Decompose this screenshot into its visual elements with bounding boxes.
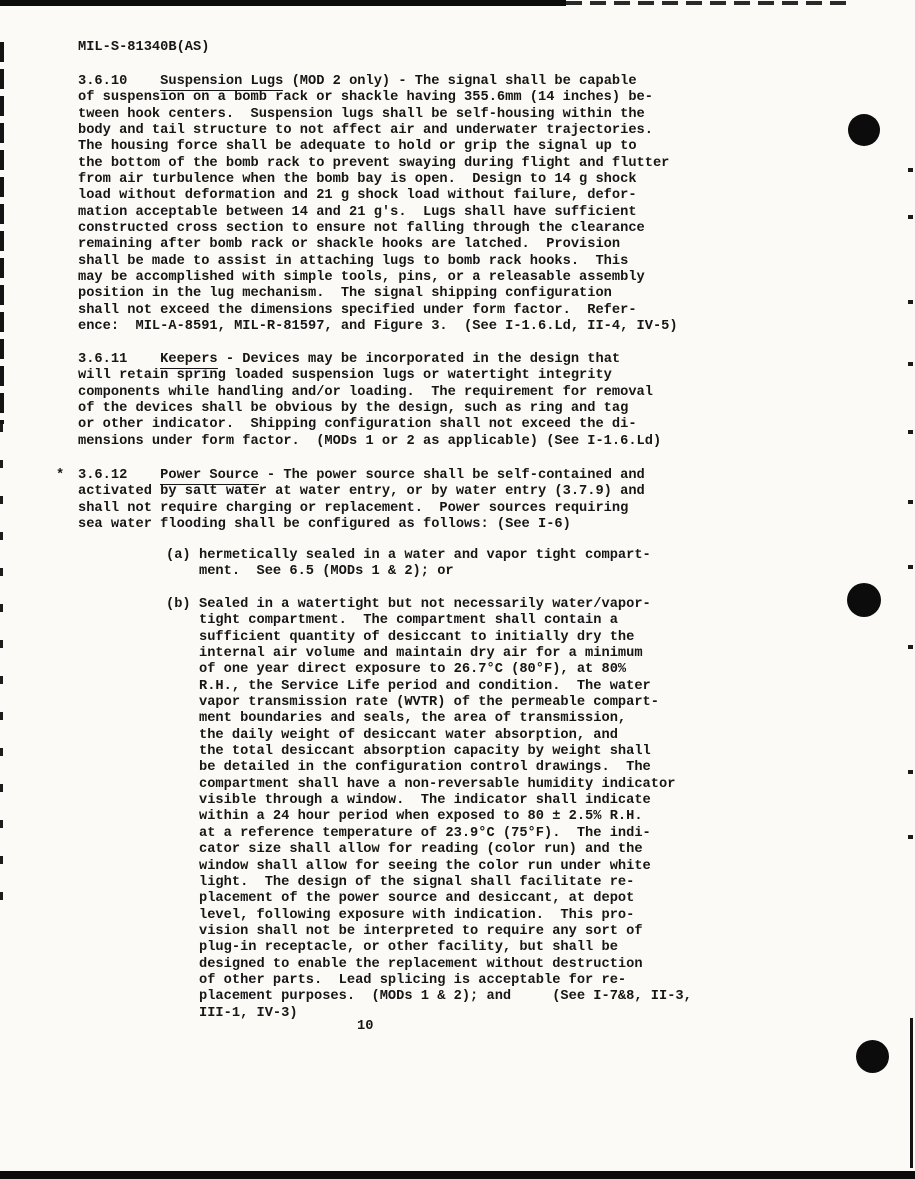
text-line: of other parts. Lead splicing is accepta…	[199, 973, 692, 989]
list-item-a: (a) hermetically sealed in a water and v…	[0, 548, 651, 581]
text-line: III-1, IV-3)	[199, 1006, 692, 1022]
text-line: cator size shall allow for reading (colo…	[199, 842, 692, 858]
scan-mark	[908, 168, 913, 172]
text-line: remaining after bomb rack or shackle hoo…	[78, 237, 678, 253]
text-line: light. The design of the signal shall fa…	[199, 875, 692, 891]
text-line: hermetically sealed in a water and vapor…	[199, 548, 651, 564]
text-line: the bottom of the bomb rack to prevent s…	[78, 156, 678, 172]
scan-mark	[908, 565, 913, 569]
scan-mark	[908, 362, 913, 366]
section-3-6-12: 3.6.12 Power Source - The power source s…	[78, 468, 645, 533]
text-line: internal air volume and maintain dry air…	[199, 646, 692, 662]
text-line: R.H., the Service Life period and condit…	[199, 679, 692, 695]
section-first-line-rest: - The power source shall be self-contain…	[259, 468, 645, 483]
text-line: plug-in receptacle, or other facility, b…	[199, 940, 692, 956]
page-number: 10	[357, 1019, 373, 1035]
section-heading: Keepers	[160, 352, 218, 369]
scan-mark	[908, 430, 913, 434]
scan-mark	[908, 645, 913, 649]
text-line: the daily weight of desiccant water abso…	[199, 728, 692, 744]
punch-hole-dot	[856, 1040, 889, 1073]
text-line: shall be made to assist in attaching lug…	[78, 254, 678, 270]
section-first-line-rest: (MOD 2 only) - The signal shall be capab…	[283, 74, 636, 89]
scan-edge-top	[0, 0, 566, 6]
section-number: 3.6.12	[78, 468, 160, 483]
section-3-6-11: 3.6.11 Keepers - Devices may be incorpor…	[78, 352, 661, 450]
text-line: placement of the power source and desicc…	[199, 891, 692, 907]
scan-edge-left-upper	[0, 42, 4, 424]
text-line: the total desiccant absorption capacity …	[199, 744, 692, 760]
list-item-body: Sealed in a watertight but not necessari…	[199, 597, 692, 1022]
list-item-b: (b) Sealed in a watertight but not neces…	[0, 597, 692, 1022]
section-body: of suspension on a bomb rack or shackle …	[78, 90, 678, 335]
scan-mark	[908, 300, 913, 304]
list-item-body: hermetically sealed in a water and vapor…	[199, 548, 651, 581]
text-line: shall not require charging or replacemen…	[78, 501, 645, 517]
scan-edge-bottom	[0, 1171, 915, 1179]
section-first-line: 3.6.12 Power Source - The power source s…	[78, 468, 645, 484]
scanned-document-page: MIL-S-81340B(AS) 3.6.10 Suspension Lugs …	[0, 0, 915, 1179]
text-line: ment. See 6.5 (MODs 1 & 2); or	[199, 564, 651, 580]
punch-hole-dot	[847, 583, 881, 617]
text-line: within a 24 hour period when exposed to …	[199, 809, 692, 825]
text-line: of one year direct exposure to 26.7°C (8…	[199, 662, 692, 678]
text-line: at a reference temperature of 23.9°C (75…	[199, 826, 692, 842]
section-body: will retain spring loaded suspension lug…	[78, 368, 661, 450]
text-line: compartment shall have a non-reversable …	[199, 777, 692, 793]
text-line: tight compartment. The compartment shall…	[199, 613, 692, 629]
text-line: of suspension on a bomb rack or shackle …	[78, 90, 678, 106]
document-id-header: MIL-S-81340B(AS)	[78, 40, 209, 56]
text-line: load without deformation and 21 g shock …	[78, 188, 678, 204]
scan-edge-right-line	[910, 1018, 913, 1168]
text-line: will retain spring loaded suspension lug…	[78, 368, 661, 384]
section-body: activated by salt water at water entry, …	[78, 484, 645, 533]
scan-mark	[908, 835, 913, 839]
text-line: ence: MIL-A-8591, MIL-R-81597, and Figur…	[78, 319, 678, 335]
scan-mark	[908, 215, 913, 219]
text-line: ment boundaries and seals, the area of t…	[199, 711, 692, 727]
text-line: placement purposes. (MODs 1 & 2); and (S…	[199, 989, 692, 1005]
text-line: position in the lug mechanism. The signa…	[78, 286, 678, 302]
scan-mark	[908, 500, 913, 504]
text-line: activated by salt water at water entry, …	[78, 484, 645, 500]
section-heading: Power Source	[160, 468, 259, 485]
change-asterisk-margin-note: *	[56, 468, 76, 484]
text-line: or other indicator. Shipping configurati…	[78, 417, 661, 433]
text-line: level, following exposure with indicatio…	[199, 908, 692, 924]
list-item-marker: (a)	[166, 548, 191, 564]
section-3-6-10: 3.6.10 Suspension Lugs (MOD 2 only) - Th…	[78, 74, 678, 336]
text-line: sufficient quantity of desiccant to init…	[199, 630, 692, 646]
text-line: window shall allow for seeing the color …	[199, 859, 692, 875]
section-number: 3.6.10	[78, 74, 160, 89]
text-line: mensions under form factor. (MODs 1 or 2…	[78, 434, 661, 450]
text-line: from air turbulence when the bomb bay is…	[78, 172, 678, 188]
text-line: tween hook centers. Suspension lugs shal…	[78, 107, 678, 123]
text-line: mation acceptable between 14 and 21 g's.…	[78, 205, 678, 221]
text-line: vapor transmission rate (WVTR) of the pe…	[199, 695, 692, 711]
text-line: visible through a window. The indicator …	[199, 793, 692, 809]
section-number: 3.6.11	[78, 352, 160, 367]
section-first-line-rest: - Devices may be incorporated in the des…	[218, 352, 620, 367]
text-line: shall not exceed the dimensions specifie…	[78, 303, 678, 319]
text-line: designed to enable the replacement witho…	[199, 957, 692, 973]
text-line: Sealed in a watertight but not necessari…	[199, 597, 692, 613]
section-heading: Suspension Lugs	[160, 74, 283, 91]
text-line: may be accomplished with simple tools, p…	[78, 270, 678, 286]
scan-edge-top-dashed	[566, 1, 848, 5]
text-line: constructed cross section to ensure not …	[78, 221, 678, 237]
text-line: vision shall not be interpreted to requi…	[199, 924, 692, 940]
scan-mark	[908, 770, 913, 774]
text-line: of the devices shall be obvious by the d…	[78, 401, 661, 417]
punch-hole-dot	[848, 114, 880, 146]
text-line: sea water flooding shall be configured a…	[78, 517, 645, 533]
section-first-line: 3.6.10 Suspension Lugs (MOD 2 only) - Th…	[78, 74, 678, 90]
text-line: components while handling and/or loading…	[78, 385, 661, 401]
list-item-marker: (b)	[166, 597, 191, 613]
text-line: be detailed in the configuration control…	[199, 760, 692, 776]
section-first-line: 3.6.11 Keepers - Devices may be incorpor…	[78, 352, 661, 368]
text-line: body and tail structure to not affect ai…	[78, 123, 678, 139]
text-line: The housing force shall be adequate to h…	[78, 139, 678, 155]
